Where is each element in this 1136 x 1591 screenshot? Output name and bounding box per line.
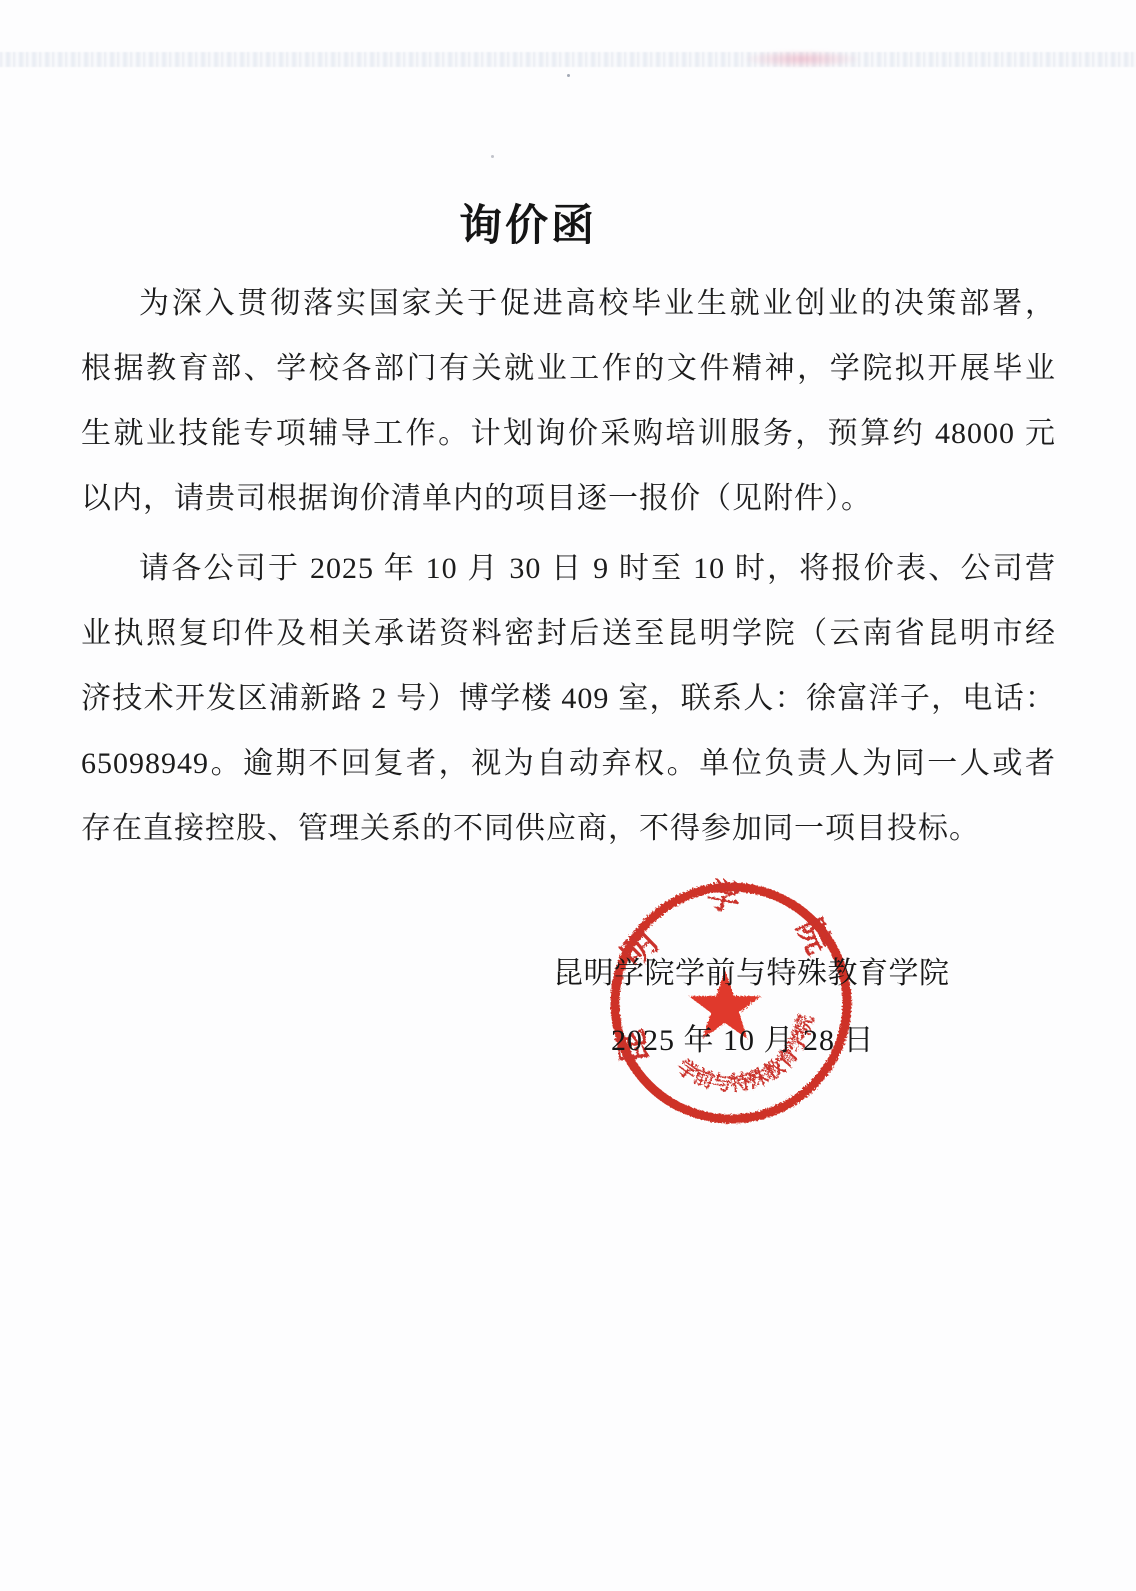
signature-org-name: 昆明学院学前与特殊教育学院 [553,941,950,1006]
body-line: 根据教育部、学校各部门有关就业工作的文件精神，学院拟开展毕业 [81,336,1056,401]
body-line: 请各公司于 2025 年 10 月 30 日 9 时至 10 时，将报价表、公司… [81,536,1056,601]
body-line: 业执照复印件及相关承诺资料密封后送至昆明学院（云南省昆明市经 [81,601,1056,666]
signature-date: 2025 年 10 月 28 日 [611,1008,875,1073]
body-line: 生就业技能专项辅导工作。计划询价采购培训服务，预算约 48000 元 [81,401,1056,466]
body-line: 济技术开发区浦新路 2 号）博学楼 409 室，联系人：徐富洋子，电话： [81,666,1056,731]
body-line: 以内，请贵司根据询价清单内的项目逐一报价（见附件）。 [81,466,1056,531]
scan-artifact-smudge [742,50,862,68]
scanned-letter-page: 询价函 为深入贯彻落实国家关于促进高校毕业生就业创业的决策部署， 根据教育部、学… [0,0,1136,1591]
scan-artifact-band [0,52,1136,67]
body-line: 存在直接控股、管理关系的不同供应商，不得参加同一项目投标。 [81,796,1056,861]
letter-body: 为深入贯彻落实国家关于促进高校毕业生就业创业的决策部署， 根据教育部、学校各部门… [81,271,1056,861]
document-title: 询价函 [0,196,1056,256]
scan-speck [491,155,494,158]
body-line: 为深入贯彻落实国家关于促进高校毕业生就业创业的决策部署， [81,271,1056,336]
body-line: 65098949。逾期不回复者，视为自动弃权。单位负责人为同一人或者 [81,731,1056,796]
scan-speck [567,74,570,77]
